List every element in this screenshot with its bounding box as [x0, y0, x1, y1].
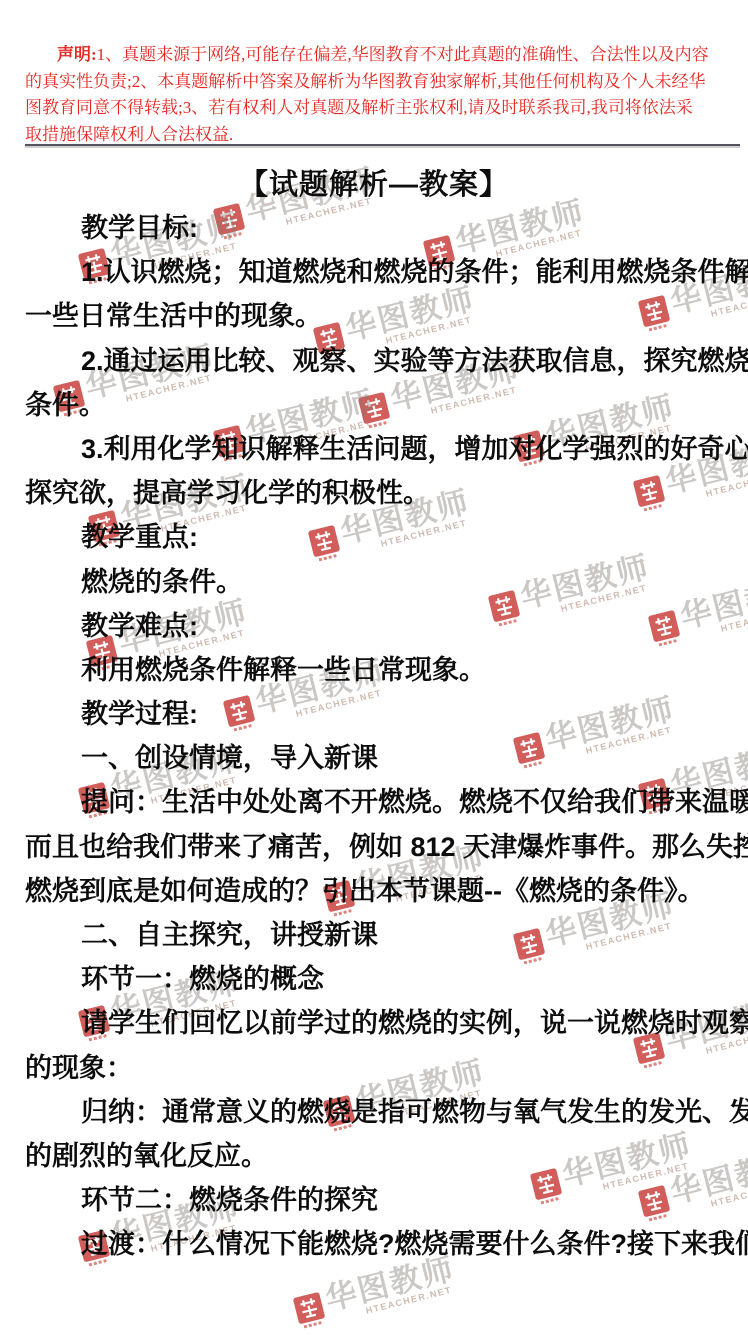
text-line: 的现象：: [25, 1046, 728, 1090]
huatu-logo-icon: [293, 1292, 327, 1330]
text-line: 请学生们回忆以前学过的燃烧的实例，说一说燃烧时观察到: [25, 1001, 728, 1045]
text-line: 环节二：燃烧条件的探究: [25, 1178, 728, 1222]
text-line: 而且也给我们带来了痛苦，例如 812 天津爆炸事件。那么失控的: [25, 825, 728, 869]
document-page: 华图教师HTEACHER.NET华图教师HTEACHER.NET华图教师HTEA…: [0, 0, 748, 1335]
disclaimer-line: 声明:1、真题来源于网络,可能存在偏差,华图教育不对此真题的准确性、合法性以及内…: [25, 42, 740, 69]
text-line: 条件。: [25, 383, 728, 427]
text-line: 归纳：通常意义的燃烧是指可燃物与氧气发生的发光、发热: [25, 1090, 728, 1134]
text-line: 教学难点:: [25, 604, 728, 648]
text-line: 2.通过运用比较、观察、实验等方法获取信息，探究燃烧的: [25, 339, 728, 383]
text-line: 燃烧的条件。: [25, 560, 728, 604]
logo-caption: [303, 1321, 323, 1329]
text-line: 探究欲，提高学习化学的积极性。: [25, 471, 728, 515]
text-line: 教学过程:: [25, 692, 728, 736]
text-line: 教学重点:: [25, 515, 728, 559]
text-line: 的剧烈的氧化反应。: [25, 1134, 728, 1178]
lesson-plan-body: 教学目标:1.认识燃烧；知道燃烧和燃烧的条件；能利用燃烧条件解释一些日常生活中的…: [25, 206, 728, 1267]
text-line: 二、自主探究，讲授新课: [25, 913, 728, 957]
disclaimer-line: 图教育同意不得转载;3、若有权利人对真题及解析主张权利,请及时联系我司,我司将依…: [25, 95, 740, 122]
text-line: 环节一：燃烧的概念: [25, 957, 728, 1001]
text-line: 过渡：什么情况下能燃烧?燃烧需要什么条件?接下来我们探: [25, 1222, 728, 1266]
disclaimer-label: 声明:: [57, 45, 97, 64]
text-line: 一些日常生活中的现象。: [25, 294, 728, 338]
divider-rule: [25, 144, 740, 146]
text-line: 一、创设情境，导入新课: [25, 736, 728, 780]
watermark-subtext: HTEACHER.NET: [365, 1283, 461, 1316]
text-line: 提问：生活中处处离不开燃烧。燃烧不仅给我们带来温暖，: [25, 780, 728, 824]
page-title: 【试题解析—教案】: [0, 162, 748, 203]
disclaimer-line: 的真实性负责;2、本真题解析中答案及解析为华图教育独家解析,其他任何机构及个人未…: [25, 69, 740, 96]
text-line: 利用燃烧条件解释一些日常现象。: [25, 648, 728, 692]
text-line: 1.认识燃烧；知道燃烧和燃烧的条件；能利用燃烧条件解释: [25, 250, 728, 294]
text-line: 3.利用化学知识解释生活问题，增加对化学强烈的好奇心和: [25, 427, 728, 471]
text-line: 教学目标:: [25, 206, 728, 250]
text-line: 燃烧到底是如何造成的？引出本节课题--《燃烧的条件》。: [25, 869, 728, 913]
disclaimer: 声明:1、真题来源于网络,可能存在偏差,华图教育不对此真题的准确性、合法性以及内…: [25, 42, 740, 148]
